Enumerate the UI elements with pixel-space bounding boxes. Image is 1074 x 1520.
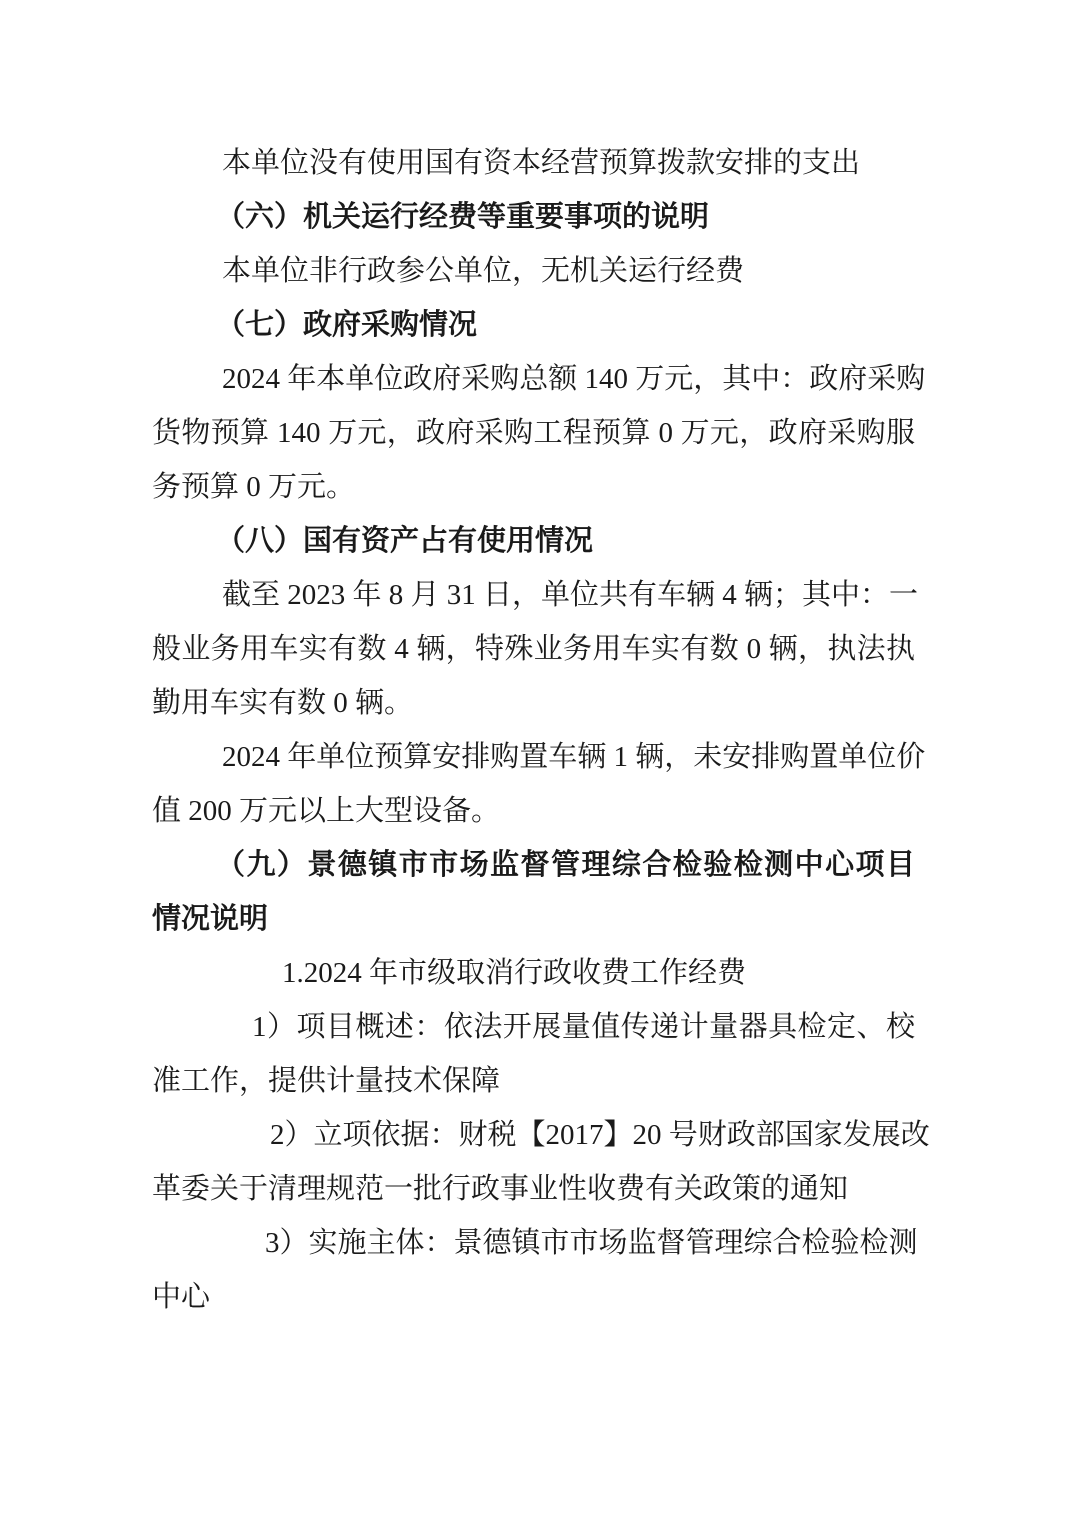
section-heading-9-line-1: （九）景德镇市市场监督管理综合检验检测中心项目 <box>216 838 915 892</box>
sub-item-2-line-1: 2）立项依据：财税【2017】20 号财政部国家发展改 <box>270 1108 915 1162</box>
section-heading-7: （七）政府采购情况 <box>216 298 915 352</box>
sub-item-3-line-1: 3）实施主体：景德镇市市场监督管理综合检验检测 <box>265 1216 915 1270</box>
paragraph-line: 货物预算 140 万元，政府采购工程预算 0 万元，政府采购服 <box>152 406 915 460</box>
paragraph-line: 2024 年本单位政府采购总额 140 万元，其中：政府采购 <box>222 352 915 406</box>
section-heading-8: （八）国有资产占有使用情况 <box>216 514 915 568</box>
section-heading-9-line-2: 情况说明 <box>152 892 915 946</box>
numbered-item-1: 1.2024 年市级取消行政收费工作经费 <box>282 946 915 1000</box>
paragraph-line: 值 200 万元以上大型设备。 <box>152 784 915 838</box>
sub-item-2-line-2: 革委关于清理规范一批行政事业性收费有关政策的通知 <box>152 1162 915 1216</box>
paragraph-line: 本单位没有使用国有资本经营预算拨款安排的支出 <box>222 136 915 190</box>
paragraph-line: 般业务用车实有数 4 辆，特殊业务用车实有数 0 辆，执法执 <box>152 622 915 676</box>
section-heading-6: （六）机关运行经费等重要事项的说明 <box>216 190 915 244</box>
paragraph-line: 勤用车实有数 0 辆。 <box>152 676 915 730</box>
paragraph-line: 截至 2023 年 8 月 31 日，单位共有车辆 4 辆；其中：一 <box>222 568 915 622</box>
sub-item-1-line-1: 1）项目概述：依法开展量值传递计量器具检定、校 <box>252 1000 915 1054</box>
paragraph-line: 2024 年单位预算安排购置车辆 1 辆，未安排购置单位价 <box>222 730 915 784</box>
sub-item-3-line-2: 中心 <box>152 1270 915 1324</box>
paragraph-line: 务预算 0 万元。 <box>152 460 915 514</box>
paragraph-line: 本单位非行政参公单位，无机关运行经费 <box>222 244 915 298</box>
sub-item-1-line-2: 准工作，提供计量技术保障 <box>152 1054 915 1108</box>
document-page: 本单位没有使用国有资本经营预算拨款安排的支出 （六）机关运行经费等重要事项的说明… <box>0 0 1074 1520</box>
